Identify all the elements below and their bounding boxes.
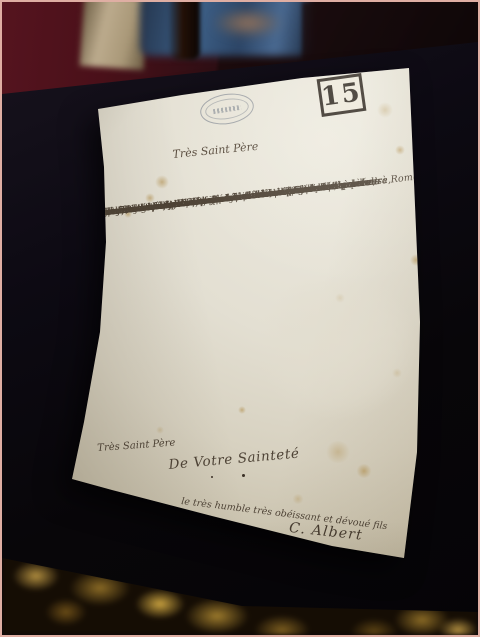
letter-paper: 15 Très Saint Père L'Abbé Rosmini se ren… bbox=[2, 2, 478, 635]
letter-salutation: Très Saint Père bbox=[172, 140, 259, 161]
photo-of-letter: 15 Très Saint Père L'Abbé Rosmini se ren… bbox=[0, 0, 480, 637]
handwritten-line: Votre Sainteté ; je lui baise les pieds,… bbox=[88, 183, 308, 221]
foxing-spot bbox=[395, 145, 405, 155]
foxing-spot bbox=[292, 494, 304, 504]
dateline: Vigevano le 10 Août bbox=[89, 498, 186, 521]
oval-ink-stamp-icon bbox=[198, 90, 256, 128]
closing-address: Très Saint Père bbox=[97, 438, 176, 454]
foxing-spot bbox=[325, 441, 351, 463]
foxing-spot bbox=[335, 293, 345, 303]
foxing-spot bbox=[156, 426, 164, 434]
foxing-spot bbox=[238, 406, 246, 414]
foxing-spot bbox=[410, 254, 422, 266]
foxing-spot bbox=[155, 175, 169, 189]
closing-from: De Votre Sainteté bbox=[168, 446, 300, 473]
archive-number: 15 bbox=[320, 77, 364, 112]
faded-ink-region bbox=[234, 250, 440, 442]
foxing-spot bbox=[377, 102, 393, 118]
archive-number-label: 15 bbox=[317, 73, 367, 117]
letter-paper-wrap: 15 Très Saint Père L'Abbé Rosmini se ren… bbox=[2, 2, 478, 635]
ink-speck bbox=[242, 474, 245, 477]
ink-speck bbox=[211, 476, 213, 478]
foxing-spot bbox=[356, 464, 372, 478]
foxing-spot bbox=[392, 368, 402, 378]
